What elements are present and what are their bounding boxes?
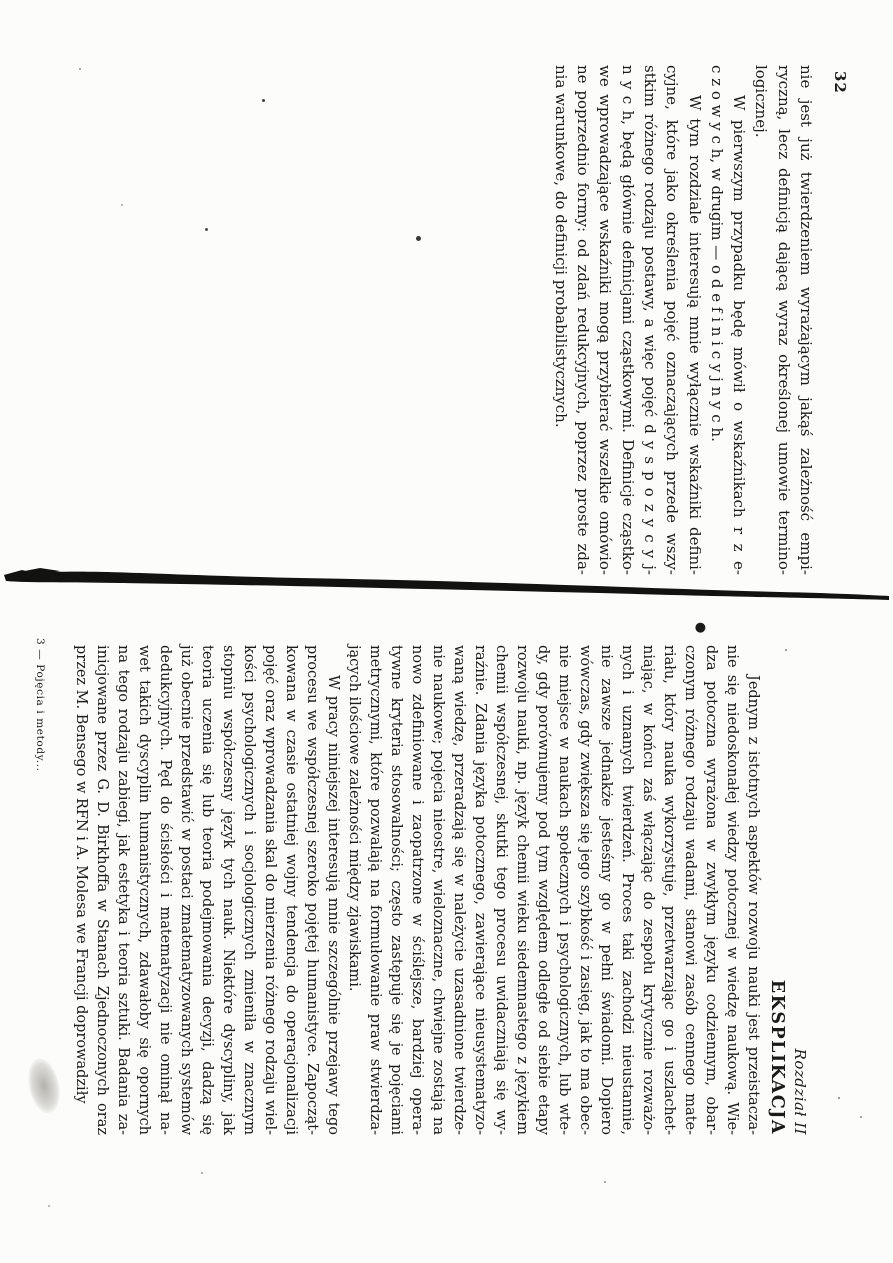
text-line: raźnie. Zdania języka potocznego, zawier…: [469, 645, 490, 1135]
text-line: pojęć oraz wprowadzania skal do mierzeni…: [259, 645, 280, 1135]
ink-speck: [838, 1097, 840, 1099]
text-line: dedukcyjnych. Pęd do ścisłości i matemat…: [154, 645, 175, 1135]
text-line: dy, gdy porównujemy pod tym względem odl…: [532, 645, 553, 1135]
text-line: kowana w czasie ostatniej wojny tendencj…: [280, 645, 301, 1135]
text-line: Jednym z istotnych aspektów rozwoju nauk…: [742, 645, 763, 1135]
text-line: metrycznymi, które pozwalają na formułow…: [364, 645, 385, 1135]
margin-bullet-icon: ●: [694, 622, 707, 633]
ink-speck: [416, 236, 421, 241]
ink-speck: [860, 1116, 862, 1118]
text-line: wówczas, gdy zwiększa się jego szybkość …: [574, 645, 595, 1135]
page-body-bottom: Jednym z istotnych aspektów rozwoju nauk…: [70, 645, 763, 1135]
chapter-title: EKSPLIKACJA: [767, 645, 787, 1135]
paragraph: W pierwszym przypadku będę mówił o wskaź…: [706, 65, 751, 575]
text-line: czonym różnego rodzaju wadami, stanowi z…: [679, 645, 700, 1135]
text-line: chemii współczesnej, skutki tego procesu…: [490, 645, 511, 1135]
text-line: teoria uczenia się lub teoria podejmowan…: [196, 645, 217, 1135]
text-line: we wprowadzające wskaźniki mogą przybier…: [594, 65, 616, 575]
text-line: nie naukowe; pojęcia nieostre, wieloznac…: [427, 645, 448, 1135]
text-line: dza potoczna wyrażona w zwykłym języku c…: [700, 645, 721, 1135]
text-line: procesu we współczesnej szeroko pojętej …: [301, 645, 322, 1135]
text-line: W pracy niniejszej interesują mnie szcze…: [322, 645, 343, 1135]
text-line: inicjowane przez G. D. Birkhoffa w Stana…: [91, 645, 112, 1135]
text-line: ryczną, lecz definicją dającą wyraz okre…: [772, 65, 794, 575]
ink-speck: [604, 1181, 606, 1183]
ink-stain: [24, 1055, 65, 1116]
paragraph: nie jest już twierdzeniem wyrażającym ja…: [750, 65, 817, 575]
ink-speck: [121, 204, 123, 206]
text-line: nie się niedoskonałej wiedzy potocznej w…: [721, 645, 742, 1135]
paragraph: W tym rozdziale interesują mnie wyłączni…: [549, 65, 705, 575]
text-line: już obecnie przedstawić w postaci zmatem…: [175, 645, 196, 1135]
text-line: jących ilościowe zależności między zjawi…: [343, 645, 364, 1135]
text-line: riału, który nauka wykorzystuje, przetwa…: [658, 645, 679, 1135]
text-line: c z o w y c h, w drugim — o d e f i n i …: [706, 65, 728, 575]
text-line: na tego rodzaju zabiegi, jak estetyka i …: [112, 645, 133, 1135]
ink-speck: [201, 1172, 203, 1174]
text-line: wet takich dyscyplin humanistycznych, zd…: [133, 645, 154, 1135]
text-line: nie jest już twierdzeniem wyrażającym ja…: [795, 65, 817, 575]
text-line: logicznej.: [750, 65, 772, 575]
text-line: kości psychologicznych i socjologicznych…: [238, 645, 259, 1135]
text-line: nych i uznanych twierdzeń. Proces taki z…: [616, 645, 637, 1135]
running-head: Rozdział II: [791, 645, 809, 1135]
paragraph: W pracy niniejszej interesują mnie szcze…: [70, 645, 343, 1135]
footer-signature-mark: 3 — Pojęcia i metody...: [34, 638, 46, 772]
paragraph: Jednym z istotnych aspektów rozwoju nauk…: [343, 645, 763, 1135]
text-line: nie zawsze jednakże jesteśmy go w pełni …: [595, 645, 616, 1135]
text-line: n y c h, będą głównie definicjami cząstk…: [616, 65, 638, 575]
text-line: niając, w końcu zaś włączając do zespołu…: [637, 645, 658, 1135]
page-number: 32: [831, 71, 849, 94]
scan-page-top: 32 nie jest już twierdzeniem wyrażającym…: [0, 0, 893, 580]
text-line: stopniu współczesny język tych nauk. Nie…: [217, 645, 238, 1135]
text-line: stkim różnego rodzaju postawy, a więc po…: [639, 65, 661, 575]
page-body-top: nie jest już twierdzeniem wyrażającym ja…: [549, 65, 817, 575]
text-line: cyjne, które jako określenia pojęć oznac…: [661, 65, 683, 575]
ink-speck: [48, 1205, 50, 1207]
scan-page-bottom: Rozdział II EKSPLIKACJA ● Jednym z istot…: [0, 580, 893, 1263]
text-line: tywne kryteria stosowalności; często zas…: [385, 645, 406, 1135]
text-line: przez M. Bensego w RFN i A. Molesa we Fr…: [70, 645, 91, 1135]
ink-speck: [205, 228, 208, 231]
text-line: ne poprzednio formy: od zdań redukcyjnyc…: [572, 65, 594, 575]
text-line: rozwoju nauki, np. język chemii wieku si…: [511, 645, 532, 1135]
text-line: W pierwszym przypadku będę mówił o wskaź…: [728, 65, 750, 575]
ink-speck: [262, 99, 265, 102]
ink-speck: [785, 649, 787, 651]
text-line: waną wiedzę, przeradzają się w należycie…: [448, 645, 469, 1135]
scanned-book-spread: 32 nie jest już twierdzeniem wyrażającym…: [0, 0, 893, 1263]
text-line: W tym rozdziale interesują mnie wyłączni…: [683, 65, 705, 575]
text-line: nowo zdefiniowane i zaopatrzone w ściśle…: [406, 645, 427, 1135]
text-line: nie miejsce w naukach społecznych i psyc…: [553, 645, 574, 1135]
text-line: nia warunkowe, do definicji probabilisty…: [549, 65, 571, 575]
ink-speck: [79, 68, 81, 70]
